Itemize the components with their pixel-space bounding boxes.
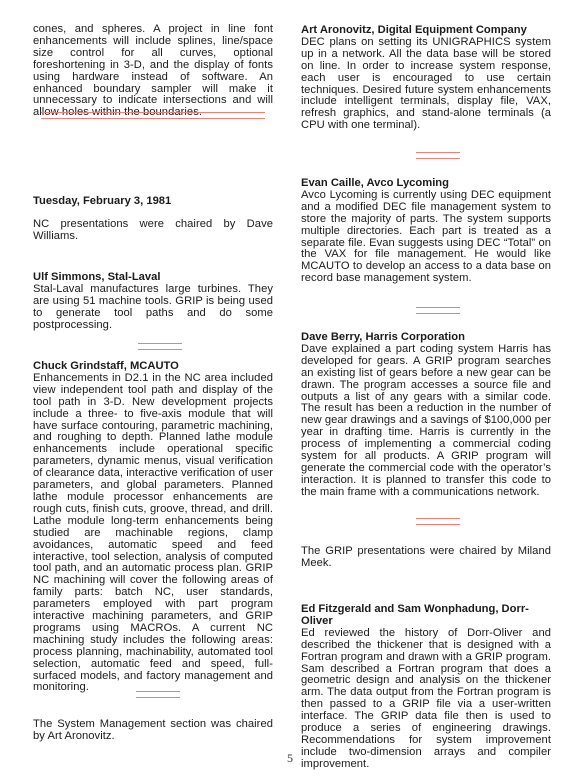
date-heading: Tuesday, February 3, 1981: [33, 196, 273, 208]
section-art-aronovitz: Art Aronovitz, Digital Equipment Company…: [301, 25, 551, 132]
section-body: Avco Lycoming is currently using DEC equ…: [301, 190, 551, 285]
system-mgmt-note: The System Management section was chaire…: [33, 719, 273, 743]
short-divider-rule: [136, 691, 180, 698]
short-divider-rule: [416, 152, 460, 159]
nc-chair-note: NC presentations were chaired by Dave Wi…: [33, 219, 273, 243]
section-ulf-simmons: Ulf Simmons, Stal-Laval Stal-Laval manuf…: [33, 272, 273, 332]
short-divider-rule: [416, 307, 460, 314]
long-divider-rule: [41, 112, 265, 119]
short-divider-rule: [416, 518, 460, 525]
section-body: Enhancements in D2.1 in the NC area incl…: [33, 373, 273, 694]
system-mgmt-note-block: The System Management section was chaire…: [33, 719, 273, 743]
grip-chair-note-block: The GRIP presentations were chaired by M…: [301, 546, 551, 570]
section-evan-caille: Evan Caille, Avco Lycoming Avco Lycoming…: [301, 178, 551, 285]
section-dave-berry: Dave Berry, Harris Corporation Dave expl…: [301, 332, 551, 499]
section-body: Dave explained a part coding system Harr…: [301, 344, 551, 499]
short-divider-rule: [138, 343, 182, 350]
section-heading: Ed Fitzgerald and Sam Wonphadung, Dorr-O…: [301, 604, 551, 628]
intro-paragraph-block: cones, and spheres. A project in line fo…: [33, 24, 273, 119]
date-heading-block: Tuesday, February 3, 1981: [33, 196, 273, 208]
section-ed-fitzgerald: Ed Fitzgerald and Sam Wonphadung, Dorr-O…: [301, 604, 551, 771]
section-chuck-grindstaff: Chuck Grindstaff, MCAUTO Enhancements in…: [33, 361, 273, 694]
section-body: Stal-Laval manufactures large turbines. …: [33, 284, 273, 332]
grip-chair-note: The GRIP presentations were chaired by M…: [301, 546, 551, 570]
section-body: DEC plans on setting its UNIGRAPHICS sys…: [301, 37, 551, 132]
nc-chair-note-block: NC presentations were chaired by Dave Wi…: [33, 219, 273, 243]
page-number: 5: [287, 751, 293, 766]
section-body: Ed reviewed the history of Dorr-Oliver a…: [301, 628, 551, 771]
intro-paragraph: cones, and spheres. A project in line fo…: [33, 24, 273, 119]
